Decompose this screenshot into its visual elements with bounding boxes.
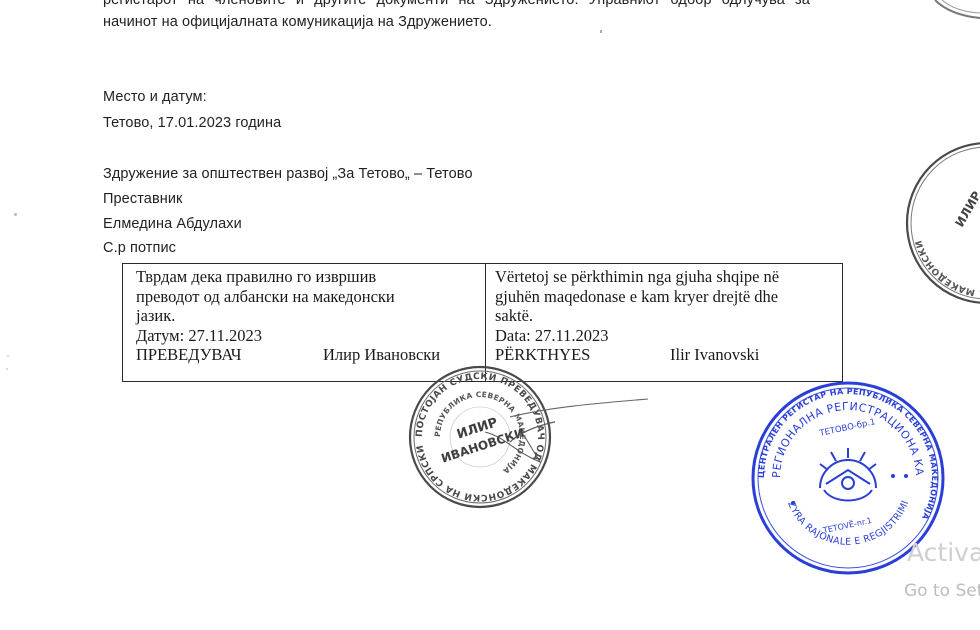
registry-stamp-outer-ring: ЦЕНТРАЛЕН РЕГИСТАР НА РЕПУБЛИКА СЕВЕРНА … [757, 387, 939, 522]
signature-label: С.р потпис [103, 240, 176, 256]
signature-stroke-icon [510, 395, 650, 425]
svg-text:ПОСТОЈАН СУДСКИ ПРЕВЕДУВАЧ ОД: ПОСТОЈАН СУДСКИ ПРЕВЕДУВАЧ ОД МАКЕДОНСКИ… [405, 362, 545, 502]
translator-stamp-center-1: ИЛИР [455, 415, 500, 442]
certification-albanian: Vërtetoj se përkthimin nga gjuha shqipe … [486, 264, 842, 381]
registry-stamp-city-mk: ТЕТОВО-бр.1 [818, 417, 877, 439]
registry-stamp-inner-ring: РЕГИОНАЛНА РЕГИСТРАЦИОНА КАНЦЕЛАРИЈА [748, 378, 926, 478]
cert-sq-date: Data: 27.11.2023 [495, 326, 842, 346]
cert-mk-line2: преводот од албански на македонски [136, 287, 485, 307]
translator-stamp-inner-ring: РЕПУБЛИКА СЕВЕРНА МАКЕДОНИЈА [433, 390, 527, 476]
scan-speck [600, 30, 602, 33]
cert-mk-signature-row: ПРЕВЕДУВАЧ Илир Ивановски [136, 345, 485, 365]
cert-mk-line3: јазик. [136, 306, 485, 326]
registry-stamp-city-sq: TETOVË-nr.1 [821, 515, 873, 535]
cert-mk-role: ПРЕВЕДУВАЧ [136, 345, 242, 365]
svg-text:ИЛИР: ИЛИР [952, 189, 980, 230]
association-name: Здружение за општествен развој „За Тетов… [103, 166, 473, 182]
translator-certification-box: Тврдам дека правилно го извршив преводот… [122, 263, 843, 382]
translator-stamp-ring-text: ПОСТОЈАН СУДСКИ ПРЕВЕДУВАЧ ОД МАКЕДОНСКИ… [405, 362, 545, 502]
svg-text:РЕГИОНАЛНА РЕГИСТРАЦИОНА КАНЦЕ: РЕГИОНАЛНА РЕГИСТРАЦИОНА КАНЦЕЛАРИЈА [748, 378, 926, 478]
cert-sq-line3: saktë. [495, 306, 842, 326]
svg-text:ЦЕНТРАЛЕН РЕГИСТАР НА РЕПУБЛИК: ЦЕНТРАЛЕН РЕГИСТАР НА РЕПУБЛИКА СЕВЕРНА … [757, 387, 939, 522]
cert-mk-date: Датум: 27.11.2023 [136, 326, 485, 346]
scan-speck [14, 213, 17, 216]
association-person: Елмедина Абдулахи [103, 216, 242, 232]
association-role: Преставник [103, 191, 183, 207]
place-date-label: Место и датум: [103, 89, 207, 105]
paragraph-line: начинот на официјалната комуникација на … [103, 14, 492, 30]
activate-windows-title: Activate Windows [907, 538, 980, 567]
place-date-value: Тетово, 17.01.2023 година [103, 115, 281, 131]
scan-speck [6, 368, 8, 370]
top-corner-stamp-icon [930, 0, 980, 20]
cert-mk-name: Илир Ивановски [323, 345, 440, 365]
cert-sq-name: Ilir Ivanovski [670, 345, 759, 365]
cert-sq-role: PËRKTHYES [495, 345, 590, 365]
paragraph-partial-line: регистарот на членовите и другите докуме… [103, 0, 810, 8]
scan-speck [7, 355, 9, 357]
svg-text:ПРЕВЕДУВАЧ ОД МАКЕДОНСКИ: ПРЕВЕДУВАЧ ОД МАКЕДОНСКИ [914, 239, 980, 298]
registry-stamp-bottom-ring: ZYRA RAJONALE E REGJISTRIMIT [748, 378, 911, 548]
translator-stamp-icon: ПОСТОЈАН СУДСКИ ПРЕВЕДУВАЧ ОД МАКЕДОНСКИ… [405, 362, 555, 512]
svg-text:РЕПУБЛИКА СЕВЕРНА МАКЕДОНИЈА: РЕПУБЛИКА СЕВЕРНА МАКЕДОНИЈА [433, 390, 527, 476]
svg-text:ZYRA RAJONALE E REGJISTRIMIT: ZYRA RAJONALE E REGJISTRIMIT [748, 378, 911, 548]
cert-sq-line1: Vërtetoj se përkthimin nga gjuha shqipe … [495, 267, 842, 287]
cert-sq-line2: gjuhën maqedonase e kam kryer drejtë dhe [495, 287, 842, 307]
translator-stamp-center-2: ИВАНОВСКИ [439, 426, 526, 466]
right-edge-stamp-icon: ПРЕВЕДУВАЧ ОД МАКЕДОНСКИ ИЛИР [900, 138, 980, 308]
activate-windows-subtitle: Go to Settings to activate Windows. [904, 581, 980, 601]
cert-sq-signature-row: PËRKTHYES Ilir Ivanovski [495, 345, 842, 365]
certification-macedonian: Тврдам дека правилно го извршив преводот… [123, 264, 486, 381]
cert-mk-line1: Тврдам дека правилно го извршив [136, 267, 485, 287]
